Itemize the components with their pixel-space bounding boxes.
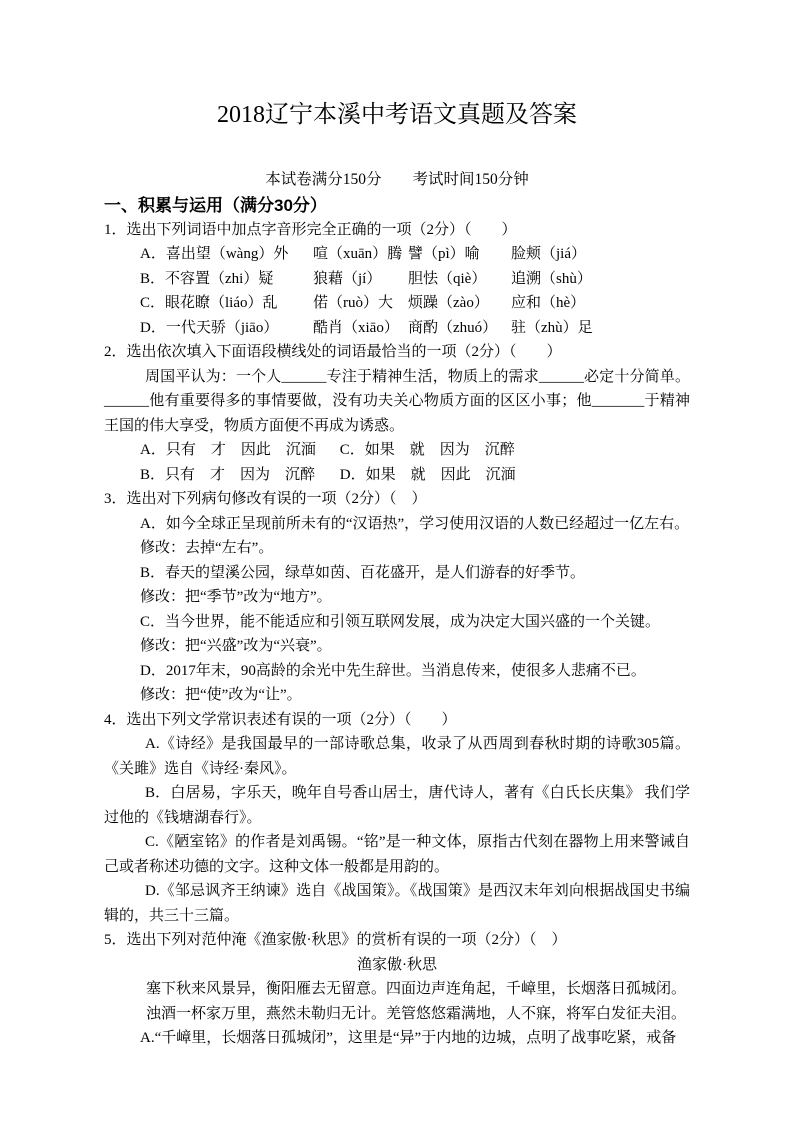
- page-title: 2018辽宁本溪中考语文真题及答案: [104, 100, 690, 130]
- q1-option-c-cell1: C．眼花瞭（liáo）乱: [140, 291, 313, 316]
- q5-poem-title: 渔家傲·秋思: [104, 953, 690, 978]
- q1-option-b-cell3: 胆怯（qiè）: [408, 267, 511, 292]
- q3-option-c: C．当今世界，能不能适应和引领互联网发展，成为决定大国兴盛的一个关键。: [104, 610, 690, 635]
- q4-stem: 4．选出下列文学常识表述有误的一项（2分）（ ）: [104, 708, 690, 733]
- q1-option-row-b: B．不容置（zhi）疑 狼藉（jí） 胆怯（qiè） 追溯（shù）: [104, 267, 690, 292]
- q1-option-c-cell3: 烦躁（zào）: [408, 291, 511, 316]
- q1-option-b-cell1: B．不容置（zhi）疑: [140, 267, 313, 292]
- exam-info-line: 本试卷满分150分 考试时间150分钟: [104, 168, 690, 193]
- q1-option-a-cell3: 譬（pì）喻: [408, 242, 511, 267]
- q2-passage: 周国平认为：一个人______专注于精神生活，物质上的需求______必定十分简…: [104, 365, 690, 439]
- q1-option-a-cell2: 喧（xuān）腾: [313, 242, 408, 267]
- q5-option-a: A.“千嶂里，长烟落日孤城闭”，这里是“异”于内地的边城，点明了战事吃紧，戒备: [104, 1026, 690, 1051]
- q4-option-d: D.《邹忌讽齐王纳谏》选自《战国策》。《战国策》是西汉末年刘向根据战国史书编辑的…: [104, 879, 690, 928]
- q5-poem-line-1: 塞下秋来风景异，衡阳雁去无留意。四面边声连角起，千嶂里，长烟落日孤城闭。: [104, 977, 690, 1002]
- q1-option-a-cell1: A．喜出望（wàng）外: [140, 242, 313, 267]
- exam-document-page: 2018辽宁本溪中考语文真题及答案 本试卷满分150分 考试时间150分钟 一、…: [0, 0, 794, 1123]
- q1-option-b-cell2: 狼藉（jí）: [313, 267, 408, 292]
- q1-option-d-cell4: 驻（zhù）足: [511, 316, 690, 341]
- q1-option-a-cell4: 脸颊（jiá）: [511, 242, 690, 267]
- q1-option-b-cell4: 追溯（shù）: [511, 267, 690, 292]
- q1-option-c-cell2: 偌（ruò）大: [313, 291, 408, 316]
- q3-option-d: D．2017年末，90高龄的余光中先生辞世。当消息传来，使很多人悲痛不已。: [104, 659, 690, 684]
- q1-option-d-cell3: 商酌（zhuó）: [408, 316, 511, 341]
- q3-revision-c: 修改：把“兴盛”改为“兴衰”。: [104, 634, 690, 659]
- q3-revision-b: 修改：把“季节”改为“地方”。: [104, 585, 690, 610]
- q1-option-row-a: A．喜出望（wàng）外 喧（xuān）腾 譬（pì）喻 脸颊（jiá）: [104, 242, 690, 267]
- q2-option-row-2: B．只有 才 因为 沉醉 D．如果 就 因此 沉湎: [104, 463, 690, 488]
- q2-option-b: B．只有 才 因为 沉醉: [140, 463, 336, 488]
- q1-option-d-cell1: D．一代天骄（jiāo）: [140, 316, 313, 341]
- q5-poem-line-2: 浊酒一杯家万里，燕然未勒归无计。羌管悠悠霜满地，人不寐，将军白发征夫泪。: [104, 1002, 690, 1027]
- section-heading: 一、积累与运用（满分30分）: [104, 193, 690, 218]
- q1-stem: 1．选出下列词语中加点字音形完全正确的一项（2分）（ ）: [104, 218, 690, 243]
- q4-option-c: C.《陋室铭》的作者是刘禹锡。“铭”是一种文体，原指古代刻在器物上用来警诫自己或…: [104, 830, 690, 879]
- q2-stem: 2．选出依次填入下面语段横线处的词语最恰当的一项（2分）（ ）: [104, 340, 690, 365]
- q4-option-a: A.《诗经》是我国最早的一部诗歌总集，收录了从西周到春秋时期的诗歌305篇。《关…: [104, 732, 690, 781]
- q1-option-d-cell2: 酷肖（xiāo）: [313, 316, 408, 341]
- q1-option-row-c: C．眼花瞭（liáo）乱 偌（ruò）大 烦躁（zào） 应和（hè）: [104, 291, 690, 316]
- q2-option-row-1: A．只有 才 因此 沉湎 C．如果 就 因为 沉醉: [104, 438, 690, 463]
- q2-option-d: D．如果 就 因此 沉湎: [340, 467, 516, 483]
- q1-option-row-d: D．一代天骄（jiāo） 酷肖（xiāo） 商酌（zhuó） 驻（zhù）足: [104, 316, 690, 341]
- q3-revision-d: 修改：把“使”改为“让”。: [104, 683, 690, 708]
- q2-option-c: C．如果 就 因为 沉醉: [340, 442, 515, 458]
- q3-option-b: B．春天的望溪公园，绿草如茵、百花盛开，是人们游春的好季节。: [104, 561, 690, 586]
- q3-stem: 3．选出对下列病句修改有误的一项（2分）（ ）: [104, 487, 690, 512]
- q4-option-b: B．白居易，字乐天，晚年自号香山居士，唐代诗人，著有《白氏长庆集》 我们学过他的…: [104, 781, 690, 830]
- q3-option-a: A．如今全球正呈现前所未有的“汉语热”，学习使用汉语的人数已经超过一亿左右。: [104, 512, 690, 537]
- q5-stem: 5．选出下列对范仲淹《渔家傲·秋思》的赏析有误的一项（2分）（ ）: [104, 928, 690, 953]
- q2-option-a: A．只有 才 因此 沉湎: [140, 438, 336, 463]
- q1-option-c-cell4: 应和（hè）: [511, 291, 690, 316]
- q3-revision-a: 修改：去掉“左右”。: [104, 536, 690, 561]
